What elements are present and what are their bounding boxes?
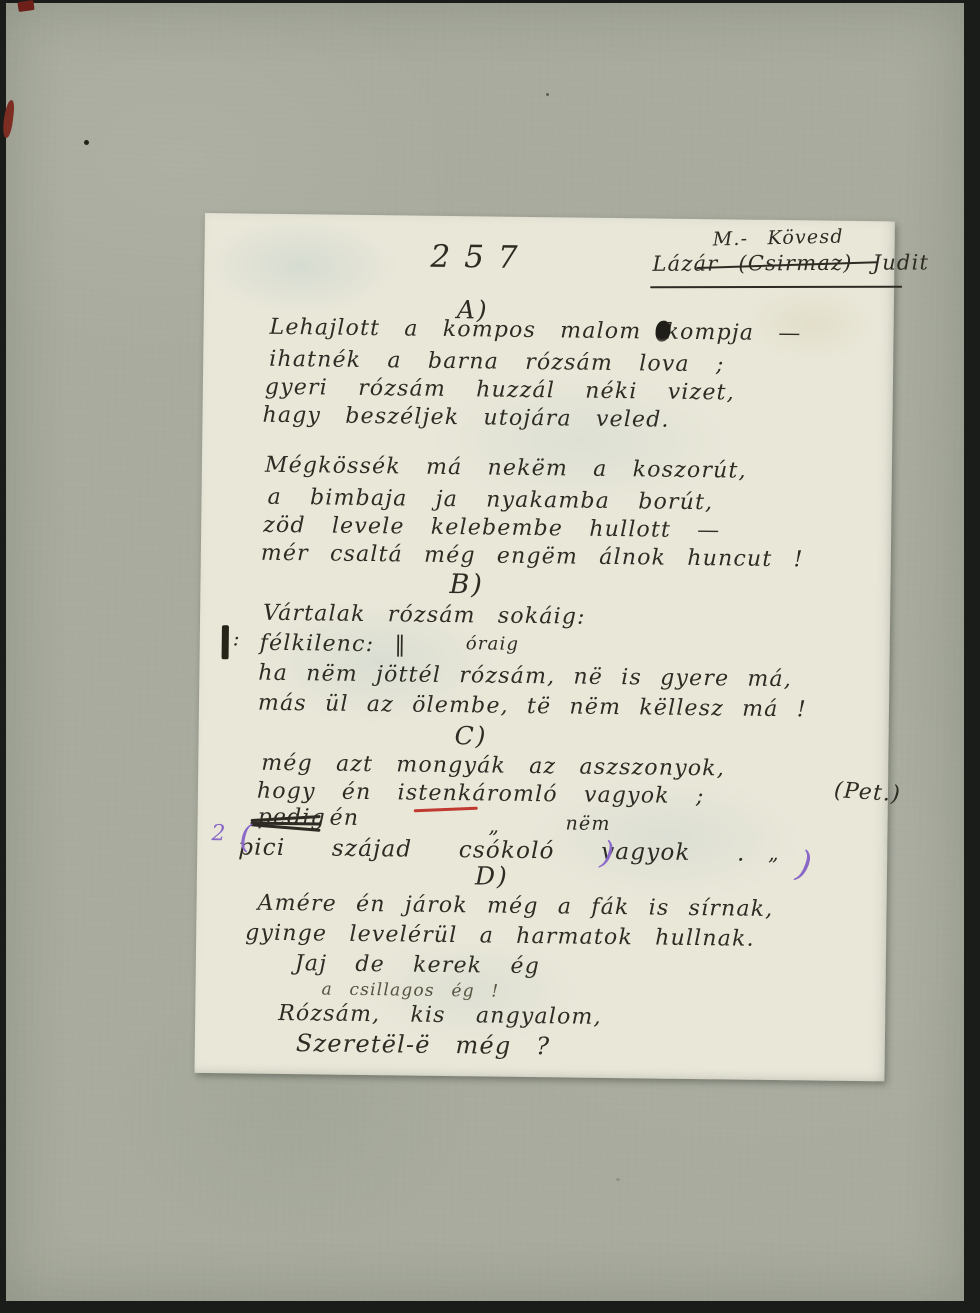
red-underline xyxy=(414,807,478,813)
section-label-c: C) xyxy=(454,722,487,750)
inserted-word-nem: nëm xyxy=(565,813,610,834)
lyric-line: gyinge levelérül a harmatok hullnak. xyxy=(245,922,755,952)
lyric-line: a bimbaja ja nyakamba borút, xyxy=(267,486,713,516)
lyric-line: Lehajlott a kompos malom kompja — xyxy=(269,316,801,347)
lyric-line: más ül az ölembe, të nëm këllesz má ! xyxy=(258,692,807,723)
cardboard-mount: 257 M.- Kövesd Lázár (Csirmaz) Judit A) … xyxy=(6,3,964,1301)
lyric-line: hagy beszéljek utojára veled. xyxy=(262,404,669,433)
red-edge-mark xyxy=(2,100,16,139)
lyric-line: Rózsám, kis angyalom, xyxy=(278,1002,602,1030)
performer-underline xyxy=(650,286,902,288)
section-label-d: D) xyxy=(475,862,509,890)
lyric-line: zöd levele kelebembe hullott — xyxy=(263,514,721,544)
margin-repeat-colon: : xyxy=(233,627,241,649)
photo-frame: 257 M.- Kövesd Lázár (Csirmaz) Judit A) … xyxy=(0,0,980,1313)
petofi-reference: (Pet.) xyxy=(833,779,901,807)
performer-name: Lázár (Csirmaz) Judit xyxy=(652,251,929,276)
lyric-line: én xyxy=(329,807,359,832)
lyric-line: Szeretël-ë még ? xyxy=(296,1030,551,1059)
ink-speck xyxy=(546,93,549,96)
lyric-line: ihatnék a barna rózsám lova ; xyxy=(269,348,725,378)
lyric-line: Mégkössék má nekëm a koszorút, xyxy=(265,454,747,484)
lyric-line: ha nëm jöttél rózsám, në is gyere má, xyxy=(258,662,792,693)
insertion-quote: „ xyxy=(768,842,780,864)
purple-open-paren: ( xyxy=(239,817,252,855)
lyric-line: gyeri rózsám huzzál néki vizet, xyxy=(265,376,735,406)
lyric-line: mér csaltá még engëm álnok huncut ! xyxy=(261,542,804,573)
purple-close-paren: ) xyxy=(793,843,814,886)
locality-note: M.- Kövesd xyxy=(713,227,844,251)
margin-repeat-bar xyxy=(222,625,229,659)
lyric-line: félkilenc: ‖ xyxy=(260,632,407,658)
lyric-line: Jaj de kerek ég xyxy=(295,952,540,979)
page-number: 257 xyxy=(430,240,532,275)
manuscript-page: 257 M.- Kövesd Lázár (Csirmaz) Judit A) … xyxy=(194,213,894,1081)
purple-margin-number: 2 xyxy=(211,821,225,846)
crossed-out-word: pedig xyxy=(257,806,326,831)
lyric-line: a csillagos ég ! xyxy=(321,980,499,1001)
ink-speck xyxy=(84,140,89,145)
section-label-b: B) xyxy=(449,570,484,600)
ink-speck xyxy=(616,1178,620,1181)
insertion-quote: „ xyxy=(488,815,500,837)
lyric-line: Vártalak rózsám sokáig: xyxy=(263,602,586,630)
lyric-line: még azt mongyák az aszszonyok, xyxy=(261,752,725,782)
red-edge-mark xyxy=(17,0,34,12)
lyric-line: Amére én járok még a fák is sírnak, xyxy=(257,892,773,922)
inserted-word-oraig: óraig xyxy=(466,634,520,654)
